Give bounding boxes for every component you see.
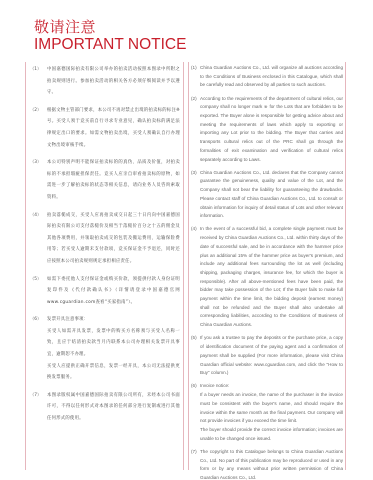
notice-text: 拍卖落槌成交，买受人应再拍卖成交日起三十日内向中国嘉德国际拍卖有限公司支付落槌价… (47, 210, 180, 268)
notice-text: 本公司特别声明不能保证拍卖标的的真伪、品质及价值，对拍卖标的不承担瑕疵担保责任。… (47, 157, 180, 203)
notice-number: (7) (191, 448, 197, 457)
chinese-notice-2: （2） 根据文物主管部门要求，本公司不再对禁止出境的拍卖标的标注※号。买受人须于… (30, 105, 180, 151)
english-notice-column: (1) China Guardian Auctions Co., Ltd. wi… (191, 64, 343, 480)
notice-number: （2） (30, 105, 41, 117)
notice-number: （4） (30, 210, 41, 222)
notice-text: 根据文物主管部门要求，本公司不再对禁止出境的拍卖标的标注※号。买受人须于竞买前自… (47, 105, 180, 151)
english-notice-5: (5) If you ask a trustee to pay the depo… (191, 334, 343, 378)
chinese-notice-3: （3） 本公司特别声明不能保证拍卖标的的真伪、品质及价值，对拍卖标的不承担瑕疵担… (30, 157, 180, 203)
notice-text: If a buyer needs an invoice, the name of… (200, 391, 343, 426)
english-notice-7: (7) The copyright to this Catalogue belo… (191, 448, 343, 480)
chinese-notice-7: （7） 本图录版权属中国嘉德国际拍卖有限公司所有，未经本公司书面许可，不得以任何… (30, 390, 180, 425)
notice-text: 本图录版权属中国嘉德国际拍卖有限公司所有，未经本公司书面许可，不得以任何形式对本… (47, 390, 180, 425)
english-notice-1: (1) China Guardian Auctions Co., Ltd. wi… (191, 64, 343, 90)
notice-text: In the event of a successful bid, a comp… (200, 225, 343, 329)
chinese-notice-5: （5） 如需下委托他人支付保证金或购买价款，须提供付款人身份证明复印件及《代付款… (30, 274, 180, 309)
right-column-rule-right (345, 62, 346, 470)
page-title-chinese: 敬请注意 (34, 18, 186, 36)
notice-number: （3） (30, 157, 41, 169)
page-title-english: IMPORTANT NOTICE (34, 36, 186, 54)
notice-text: 如需下委托他人支付保证金或购买价款，须提供付款人身份证明复印件及《代付款确认书》… (47, 274, 180, 309)
notice-text: If you ask a trustee to pay the deposits… (200, 334, 343, 378)
left-column-rule-left (25, 62, 26, 470)
notice-number: (1) (191, 64, 197, 73)
notice-text: China Guardian Auctions Co., Ltd. will o… (200, 64, 343, 90)
notice-text: 买受人应提供正确开票信息，发票一经开具，本公司无法提供更换发票服务。 (47, 361, 180, 384)
notice-number: （7） (30, 390, 41, 402)
left-column-rule-right (183, 62, 184, 470)
notice-number: (4) (191, 225, 197, 234)
english-notice-4: (4) In the event of a successful bid, a … (191, 225, 343, 329)
notice-number: (6) (191, 382, 197, 391)
notice-subheading: Invoice notice: (200, 382, 343, 391)
notice-subheading: 发票开具注意事项： (47, 314, 180, 326)
notice-number: (5) (191, 334, 197, 343)
notice-number: （6） (30, 314, 41, 326)
english-notice-6: (6) Invoice notice: If a buyer needs an … (191, 382, 343, 443)
chinese-notice-column: （1） 中国嘉德国际拍卖有限公司举办的拍卖活动按照本图录中所附之拍卖规则进行。参… (30, 64, 180, 431)
notice-text: 中国嘉德国际拍卖有限公司举办的拍卖活动按照本图录中所附之拍卖规则进行。参加拍卖活… (47, 64, 180, 99)
notice-text: According to the requirements of the dep… (200, 95, 343, 165)
english-notice-3: (3) China Guardian Auctions Co., Ltd. de… (191, 169, 343, 221)
notice-number: （5） (30, 274, 41, 286)
chinese-notice-4: （4） 拍卖落槌成交，买受人应再拍卖成交日起三十日内向中国嘉德国际拍卖有限公司支… (30, 210, 180, 268)
right-column-rule-left (188, 62, 189, 470)
notice-number: (3) (191, 169, 197, 178)
notice-text: The copyright to this Catalogue belongs … (200, 448, 343, 480)
chinese-notice-1: （1） 中国嘉德国际拍卖有限公司举办的拍卖活动按照本图录中所附之拍卖规则进行。参… (30, 64, 180, 99)
chinese-notice-6: （6） 发票开具注意事项： 买受人如需开具发票，发票中的购买方名称须与买受人名称… (30, 314, 180, 384)
notice-text: China Guardian Auctions Co., Ltd. declar… (200, 169, 343, 221)
notice-text: The buyer should provide the correct inv… (200, 426, 343, 443)
english-notice-2: (2) According to the requirements of the… (191, 95, 343, 165)
notice-number: （1） (30, 64, 41, 76)
title-block: 敬请注意 IMPORTANT NOTICE (34, 18, 186, 54)
notice-text: 买受人如需开具发票，发票中的购买方名称须与买受人名称一致，且应于结清拍卖款当月内… (47, 326, 180, 361)
notice-number: (2) (191, 95, 197, 104)
